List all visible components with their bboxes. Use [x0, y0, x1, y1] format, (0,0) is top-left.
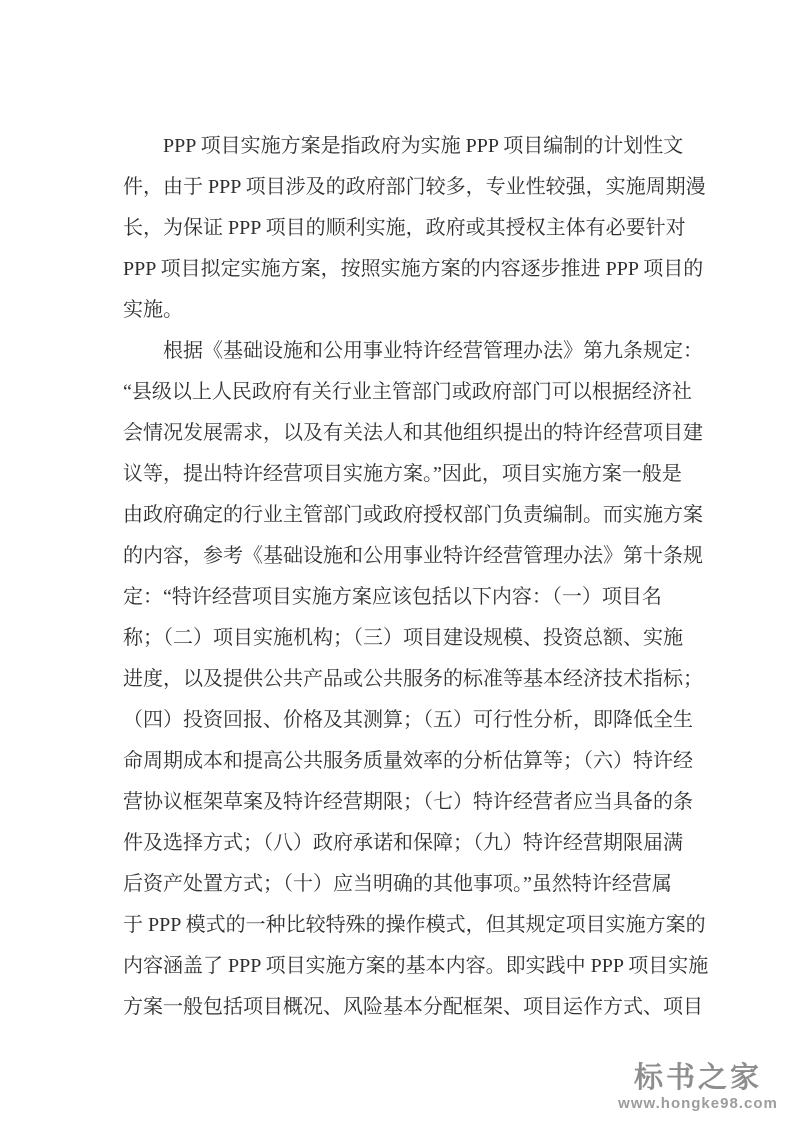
text-line: “县级以上人民政府有关行业主管部门或政府部门可以根据经济社 [123, 372, 708, 413]
text-line: 进度，以及提供公共产品或公共服务的标准等基本经济技术指标； [123, 659, 708, 700]
text-line: 由政府确定的行业主管部门或政府授权部门负责编制。而实施方案 [123, 495, 708, 536]
watermark-url: www.hongke98.com [608, 1095, 788, 1112]
text-line: 营协议框架草案及特许经营期限；（七）特许经营者应当具备的条 [123, 782, 708, 823]
text-line: 后资产处置方式；（十）应当明确的其他事项。”虽然特许经营属 [123, 864, 708, 905]
document-body: PPP 项目实施方案是指政府为实施 PPP 项目编制的计划性文件，由于 PPP … [123, 126, 708, 1028]
text-line: 于 PPP 模式的一种比较特殊的操作模式，但其规定项目实施方案的 [123, 905, 708, 946]
text-line: 件，由于 PPP 项目涉及的政府部门较多，专业性较强，实施周期漫 [123, 167, 708, 208]
text-line: PPP 项目实施方案是指政府为实施 PPP 项目编制的计划性文 [123, 126, 708, 167]
watermark-logo-text: 标书之家 [608, 1062, 788, 1094]
text-line: 的内容，参考《基础设施和公用事业特许经营管理办法》第十条规 [123, 536, 708, 577]
text-line: 实施。 [123, 290, 708, 331]
text-line: PPP 项目拟定实施方案，按照实施方案的内容逐步推进 PPP 项目的 [123, 249, 708, 290]
text-line: 方案一般包括项目概况、风险基本分配框架、项目运作方式、项目 [123, 987, 708, 1028]
text-line: 内容涵盖了 PPP 项目实施方案的基本内容。即实践中 PPP 项目实施 [123, 946, 708, 987]
text-line: （四）投资回报、价格及其测算；（五）可行性分析，即降低全生 [123, 700, 708, 741]
text-line: 定：“特许经营项目实施方案应该包括以下内容：（一）项目名 [123, 577, 708, 618]
text-line: 命周期成本和提高公共服务质量效率的分析估算等；（六）特许经 [123, 741, 708, 782]
text-line: 件及选择方式；（八）政府承诺和保障；（九）特许经营期限届满 [123, 823, 708, 864]
text-line: 称；（二）项目实施机构；（三）项目建设规模、投资总额、实施 [123, 618, 708, 659]
watermark: 标书之家 www.hongke98.com [608, 1062, 788, 1112]
text-line: 议等，提出特许经营项目实施方案。”因此，项目实施方案一般是 [123, 454, 708, 495]
text-line: 长，为保证 PPP 项目的顺利实施，政府或其授权主体有必要针对 [123, 208, 708, 249]
text-line: 会情况发展需求，以及有关法人和其他组织提出的特许经营项目建 [123, 413, 708, 454]
document-page: PPP 项目实施方案是指政府为实施 PPP 项目编制的计划性文件，由于 PPP … [0, 0, 793, 1122]
text-line: 根据《基础设施和公用事业特许经营管理办法》第九条规定： [123, 331, 708, 372]
